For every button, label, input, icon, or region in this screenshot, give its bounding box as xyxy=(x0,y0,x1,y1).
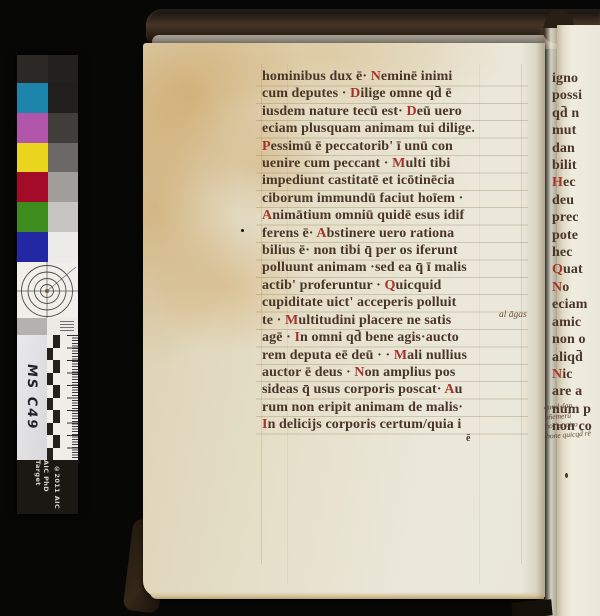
checker-cell xyxy=(53,435,60,448)
gray-scale-patch xyxy=(48,113,79,143)
rubricated-initial: A xyxy=(262,208,272,223)
checker-row xyxy=(47,398,61,411)
checker-cell xyxy=(53,423,60,436)
text-line: ferens ē· Abstinere uero rationa xyxy=(262,225,524,242)
text-segment: aliqd̄ xyxy=(552,350,583,365)
text-segment: uenire cum peccant · xyxy=(262,156,392,171)
checker-cell xyxy=(53,448,60,461)
ruler-checkerboard xyxy=(47,335,61,460)
text-segment: bstinere uero rationa xyxy=(327,226,455,241)
gray-scale-patch xyxy=(48,143,79,173)
text-line: polluunt animam ·sed ea q̄ ī malis xyxy=(262,259,524,276)
text-segment: eminē inimi xyxy=(381,69,452,84)
checker-cell xyxy=(47,410,54,423)
checker-row xyxy=(47,335,61,348)
target-footer: AIC PhD Target ©2011 AIC xyxy=(17,460,78,514)
rubricated-initial: N xyxy=(552,280,562,295)
text-line: cum deputes · Dilige omne qd̄ ē xyxy=(262,85,524,102)
checker-cell xyxy=(47,435,54,448)
text-segment: hec xyxy=(552,245,573,260)
rubricated-initial: Q xyxy=(552,262,563,277)
book-binding-bottom-right xyxy=(511,599,552,616)
text-line: Quat xyxy=(552,261,600,278)
text-segment: bilit xyxy=(552,158,577,173)
ruler-ticks xyxy=(60,335,78,460)
text-line: te · Multitudini placere ne satis xyxy=(262,312,524,329)
text-segment: n omni qd̄ bene agis·aucto xyxy=(300,330,459,345)
checker-row xyxy=(47,435,61,448)
checker-row xyxy=(47,385,61,398)
text-segment: mut xyxy=(552,123,576,138)
manuscript-photograph: hominibus dux ē· Neminē inimicum deputes… xyxy=(0,0,600,616)
text-line: amic xyxy=(552,314,600,331)
color-patch-row xyxy=(17,113,78,143)
color-patch-rows xyxy=(17,55,78,262)
text-segment: eciam xyxy=(552,297,587,312)
rubricated-initial: N xyxy=(371,69,381,84)
color-patch xyxy=(17,202,48,232)
checker-cell xyxy=(47,348,54,361)
text-line: rem deputa eē deū · · Mali nullius xyxy=(262,347,524,364)
text-segment: rum non eripit animam de malis· xyxy=(262,400,463,415)
checker-row xyxy=(47,423,61,436)
checker-cell xyxy=(53,348,60,361)
gray-scale-patch xyxy=(48,172,79,202)
checker-cell xyxy=(53,385,60,398)
color-patch xyxy=(17,55,48,83)
rubricated-initial: A xyxy=(316,226,326,241)
rubricated-initial: N xyxy=(552,367,562,382)
text-line: possi xyxy=(552,87,600,104)
text-line: dan xyxy=(552,140,600,157)
text-segment: possi xyxy=(552,88,582,103)
text-segment: o xyxy=(562,280,569,295)
text-line: bilit xyxy=(552,157,600,174)
text-segment: rem deputa eē deū · · xyxy=(262,348,394,363)
rubricated-initial: M xyxy=(285,313,298,328)
checker-cell xyxy=(47,448,54,461)
text-segment: nimātium omniū quidē esus idif xyxy=(272,208,464,223)
checker-cell xyxy=(47,398,54,411)
text-segment: n delicijs corporis certum/quia i xyxy=(268,417,462,432)
rubricated-initial: D xyxy=(406,104,416,119)
gray-patch xyxy=(17,318,47,335)
ruler xyxy=(47,335,79,460)
interlinear-note: ē xyxy=(466,433,470,444)
text-segment: cupiditate uict' acceperis polluit xyxy=(262,295,456,310)
right-page-text: ignopossiqd̄ nmutdanbilitHecdeuprecpoteh… xyxy=(552,70,600,436)
checker-row xyxy=(47,348,61,361)
rubricated-initial: H xyxy=(552,175,563,190)
text-line: No xyxy=(552,279,600,296)
text-segment: ic xyxy=(562,367,572,382)
color-patch-row xyxy=(17,55,78,83)
target-brand-text: AIC PhD Target xyxy=(34,460,50,514)
text-segment: ultitudini placere ne satis xyxy=(298,313,451,328)
text-line: igno xyxy=(552,70,600,87)
label-and-ruler: MS C49 xyxy=(17,335,78,460)
margin-correction-note: al āgas xyxy=(499,310,527,320)
color-patch xyxy=(17,143,48,173)
target-mid-row xyxy=(17,318,78,335)
shelfmark-label: MS C49 xyxy=(17,335,47,460)
text-line: Animātium omniū quidē esus idif xyxy=(262,207,524,224)
text-segment: qd̄ n xyxy=(552,106,579,121)
rubricated-initial: P xyxy=(262,139,271,154)
text-line: mut xyxy=(552,122,600,139)
color-patch-row xyxy=(17,83,78,113)
left-page-text: hominibus dux ē· Neminē inimicum deputes… xyxy=(262,68,524,434)
text-line: eciam plusquam animam tui dilige. xyxy=(262,120,524,137)
checker-row xyxy=(47,410,61,423)
text-segment: hominibus dux ē· xyxy=(262,69,371,84)
text-segment: essimū ē peccatorib' ī unū con xyxy=(271,139,453,154)
text-segment: bilius ē· non tibi q̄ per os iferunt xyxy=(262,243,458,258)
text-segment: u xyxy=(455,382,463,397)
text-segment: ferens ē· xyxy=(262,226,316,241)
text-segment: ulti tibi xyxy=(406,156,451,171)
checker-cell xyxy=(47,385,54,398)
checker-cell xyxy=(53,410,60,423)
text-line: bilius ē· non tibi q̄ per os iferunt xyxy=(262,242,524,259)
checker-cell xyxy=(47,360,54,373)
checker-cell xyxy=(53,360,60,373)
color-patch xyxy=(17,83,48,113)
rubricated-initial: N xyxy=(354,365,364,380)
registration-target-icon xyxy=(17,262,78,318)
rubricated-initial: D xyxy=(350,86,360,101)
text-line: hominibus dux ē· Neminē inimi xyxy=(262,68,524,85)
checker-row xyxy=(47,448,61,461)
gray-scale-patch xyxy=(48,232,79,262)
text-segment: eū uero xyxy=(417,104,462,119)
text-segment: on amplius pos xyxy=(365,365,456,380)
text-line: auctor ē deus · Non amplius pos xyxy=(262,364,524,381)
text-line: In delicijs corporis certum/quia i xyxy=(262,416,524,433)
text-segment: ali nullius xyxy=(407,348,467,363)
text-segment: ilige omne qd̄ ē xyxy=(360,86,451,101)
text-line: hec xyxy=(552,244,600,261)
ruler-header xyxy=(47,318,79,335)
text-line: are a xyxy=(552,383,600,400)
gray-scale-patch xyxy=(48,55,79,83)
text-line: qd̄ n xyxy=(552,105,600,122)
text-segment: prec xyxy=(552,210,579,225)
text-line: Pessimū ē peccatorib' ī unū con xyxy=(262,138,524,155)
color-patch xyxy=(17,113,48,143)
text-segment: uat xyxy=(563,262,583,277)
text-line: iusdem nature tecū est· Deū uero xyxy=(262,103,524,120)
text-line: aliqd̄ xyxy=(552,349,600,366)
shelfmark-text: MS C49 xyxy=(24,364,39,432)
text-segment: iusdem nature tecū est· xyxy=(262,104,406,119)
text-segment: sideas q̄ usus corporis poscat· xyxy=(262,382,444,397)
text-segment: amic xyxy=(552,315,581,330)
rubricated-initial: M xyxy=(394,348,407,363)
color-patch-row xyxy=(17,143,78,173)
checker-cell xyxy=(47,373,54,386)
text-segment: te · xyxy=(262,313,285,328)
color-patch-row xyxy=(17,232,78,262)
checker-row xyxy=(47,360,61,373)
text-line: actib' proferuntur · Quicquid xyxy=(262,277,524,294)
color-patch xyxy=(17,232,48,262)
text-line: Hec xyxy=(552,174,600,191)
text-segment: are a xyxy=(552,384,582,399)
text-segment: ec xyxy=(563,175,576,190)
target-copyright-text: ©2011 AIC xyxy=(53,465,61,509)
text-segment: actib' proferuntur · xyxy=(262,278,385,293)
color-patch-row xyxy=(17,172,78,202)
text-line: rum non eripit animam de malis· xyxy=(262,399,524,416)
text-line: pote xyxy=(552,227,600,244)
text-segment: deu xyxy=(552,193,574,208)
text-line: Nic xyxy=(552,366,600,383)
text-segment: non o xyxy=(552,332,586,347)
text-segment: cum deputes · xyxy=(262,86,350,101)
calibration-target: MS C49 AIC PhD Target ©2011 AIC xyxy=(17,55,78,514)
gray-scale-patch xyxy=(48,202,79,232)
rubricated-initial: M xyxy=(392,156,405,171)
text-line: agē · In omni qd̄ bene agis·aucto xyxy=(262,329,524,346)
text-segment: auctor ē deus · xyxy=(262,365,354,380)
text-segment: agē · xyxy=(262,330,294,345)
rubricated-initial: A xyxy=(444,382,454,397)
text-line: uenire cum peccant · Multi tibi xyxy=(262,155,524,172)
text-line: cupiditate uict' acceperis polluit xyxy=(262,294,524,311)
text-line: impediunt castitatē et icōtinēcia xyxy=(262,172,524,189)
text-line: sideas q̄ usus corporis poscat· Au xyxy=(262,381,524,398)
text-line: ciborum immundū faciut hoīem · xyxy=(262,190,524,207)
text-segment: ciborum immundū faciut hoīem · xyxy=(262,191,463,206)
text-segment: pote xyxy=(552,228,578,243)
text-segment: impediunt castitatē et icōtinēcia xyxy=(262,173,455,188)
gray-scale-patch xyxy=(48,83,79,113)
wormhole-dot xyxy=(241,229,244,232)
text-segment: igno xyxy=(552,71,578,86)
checker-cell xyxy=(53,398,60,411)
text-segment: polluunt animam ·sed ea q̄ ī malis xyxy=(262,260,467,275)
left-page-bottom-edge xyxy=(150,592,544,599)
checker-cell xyxy=(47,423,54,436)
checker-cell xyxy=(47,335,54,348)
ink-speck xyxy=(565,473,568,478)
text-segment: dan xyxy=(552,141,575,156)
rubricated-initial: Q xyxy=(385,278,396,293)
right-margin-notes: quod danbñemerũhoc et uirobone quicqd̄ r… xyxy=(544,399,592,440)
text-line: prec xyxy=(552,209,600,226)
checker-cell xyxy=(53,335,60,348)
checker-cell xyxy=(53,373,60,386)
text-line: eciam xyxy=(552,296,600,313)
checker-row xyxy=(47,373,61,386)
text-segment: eciam plusquam animam tui dilige. xyxy=(262,121,475,136)
text-line: deu xyxy=(552,192,600,209)
text-line: non o xyxy=(552,331,600,348)
color-patch xyxy=(17,172,48,202)
color-patch-row xyxy=(17,202,78,232)
text-segment: uicquid xyxy=(396,278,442,293)
